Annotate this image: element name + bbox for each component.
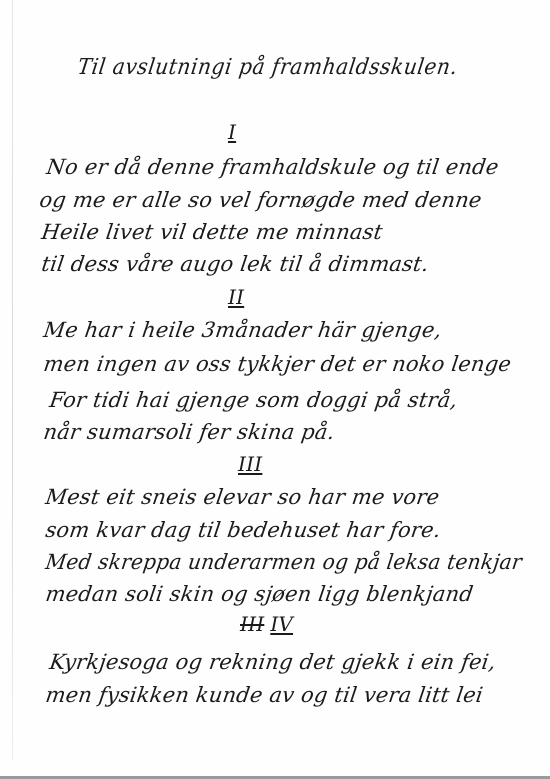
poem-line: Mest eit sneis elevar so har me vore xyxy=(44,485,441,509)
poem-line: medan soli skin og sjøen ligg blenkjand xyxy=(44,582,475,606)
poem-line: når sumarsoli fer skina på. xyxy=(42,420,336,444)
poem-line: For tidi hai gjenge som doggi på strå, xyxy=(48,388,459,412)
poem-title: Til avslutningi på framhaldsskulen. xyxy=(76,55,459,80)
poem-line: Med skreppa underarmen og på leksa tenkj… xyxy=(44,550,524,574)
poem-line: No er då denne framhaldskule og til ende xyxy=(45,155,500,179)
stanza-numeral-2: II xyxy=(228,285,244,309)
handwritten-page: Til avslutningi på framhaldsskulen. I No… xyxy=(0,0,550,776)
stanza-numeral-4-label: IV xyxy=(270,612,293,636)
stanza-numeral-3: III xyxy=(238,452,262,476)
page-margin-edge xyxy=(12,0,13,760)
poem-line: Kyrkjesoga og rekning det gjekk i ein fe… xyxy=(48,650,497,674)
stanza-numeral-4: IIIIV xyxy=(240,612,293,636)
poem-line: som kvar dag til bedehuset har fore. xyxy=(44,518,442,542)
poem-line: men fysikken kunde av og til vera litt l… xyxy=(44,683,485,707)
poem-line: men ingen av oss tykkjer det er noko len… xyxy=(42,352,513,376)
struck-numeral: III xyxy=(240,612,264,636)
poem-line: Heile livet vil dette me minnast xyxy=(40,220,384,244)
poem-line: og me er alle so vel fornøgde med denne xyxy=(38,188,483,212)
poem-line: til dess våre augo lek til å dimmast. xyxy=(40,252,430,276)
poem-line: Me har i heile 3månader här gjenge, xyxy=(42,318,443,342)
stanza-numeral-1: I xyxy=(228,120,236,144)
